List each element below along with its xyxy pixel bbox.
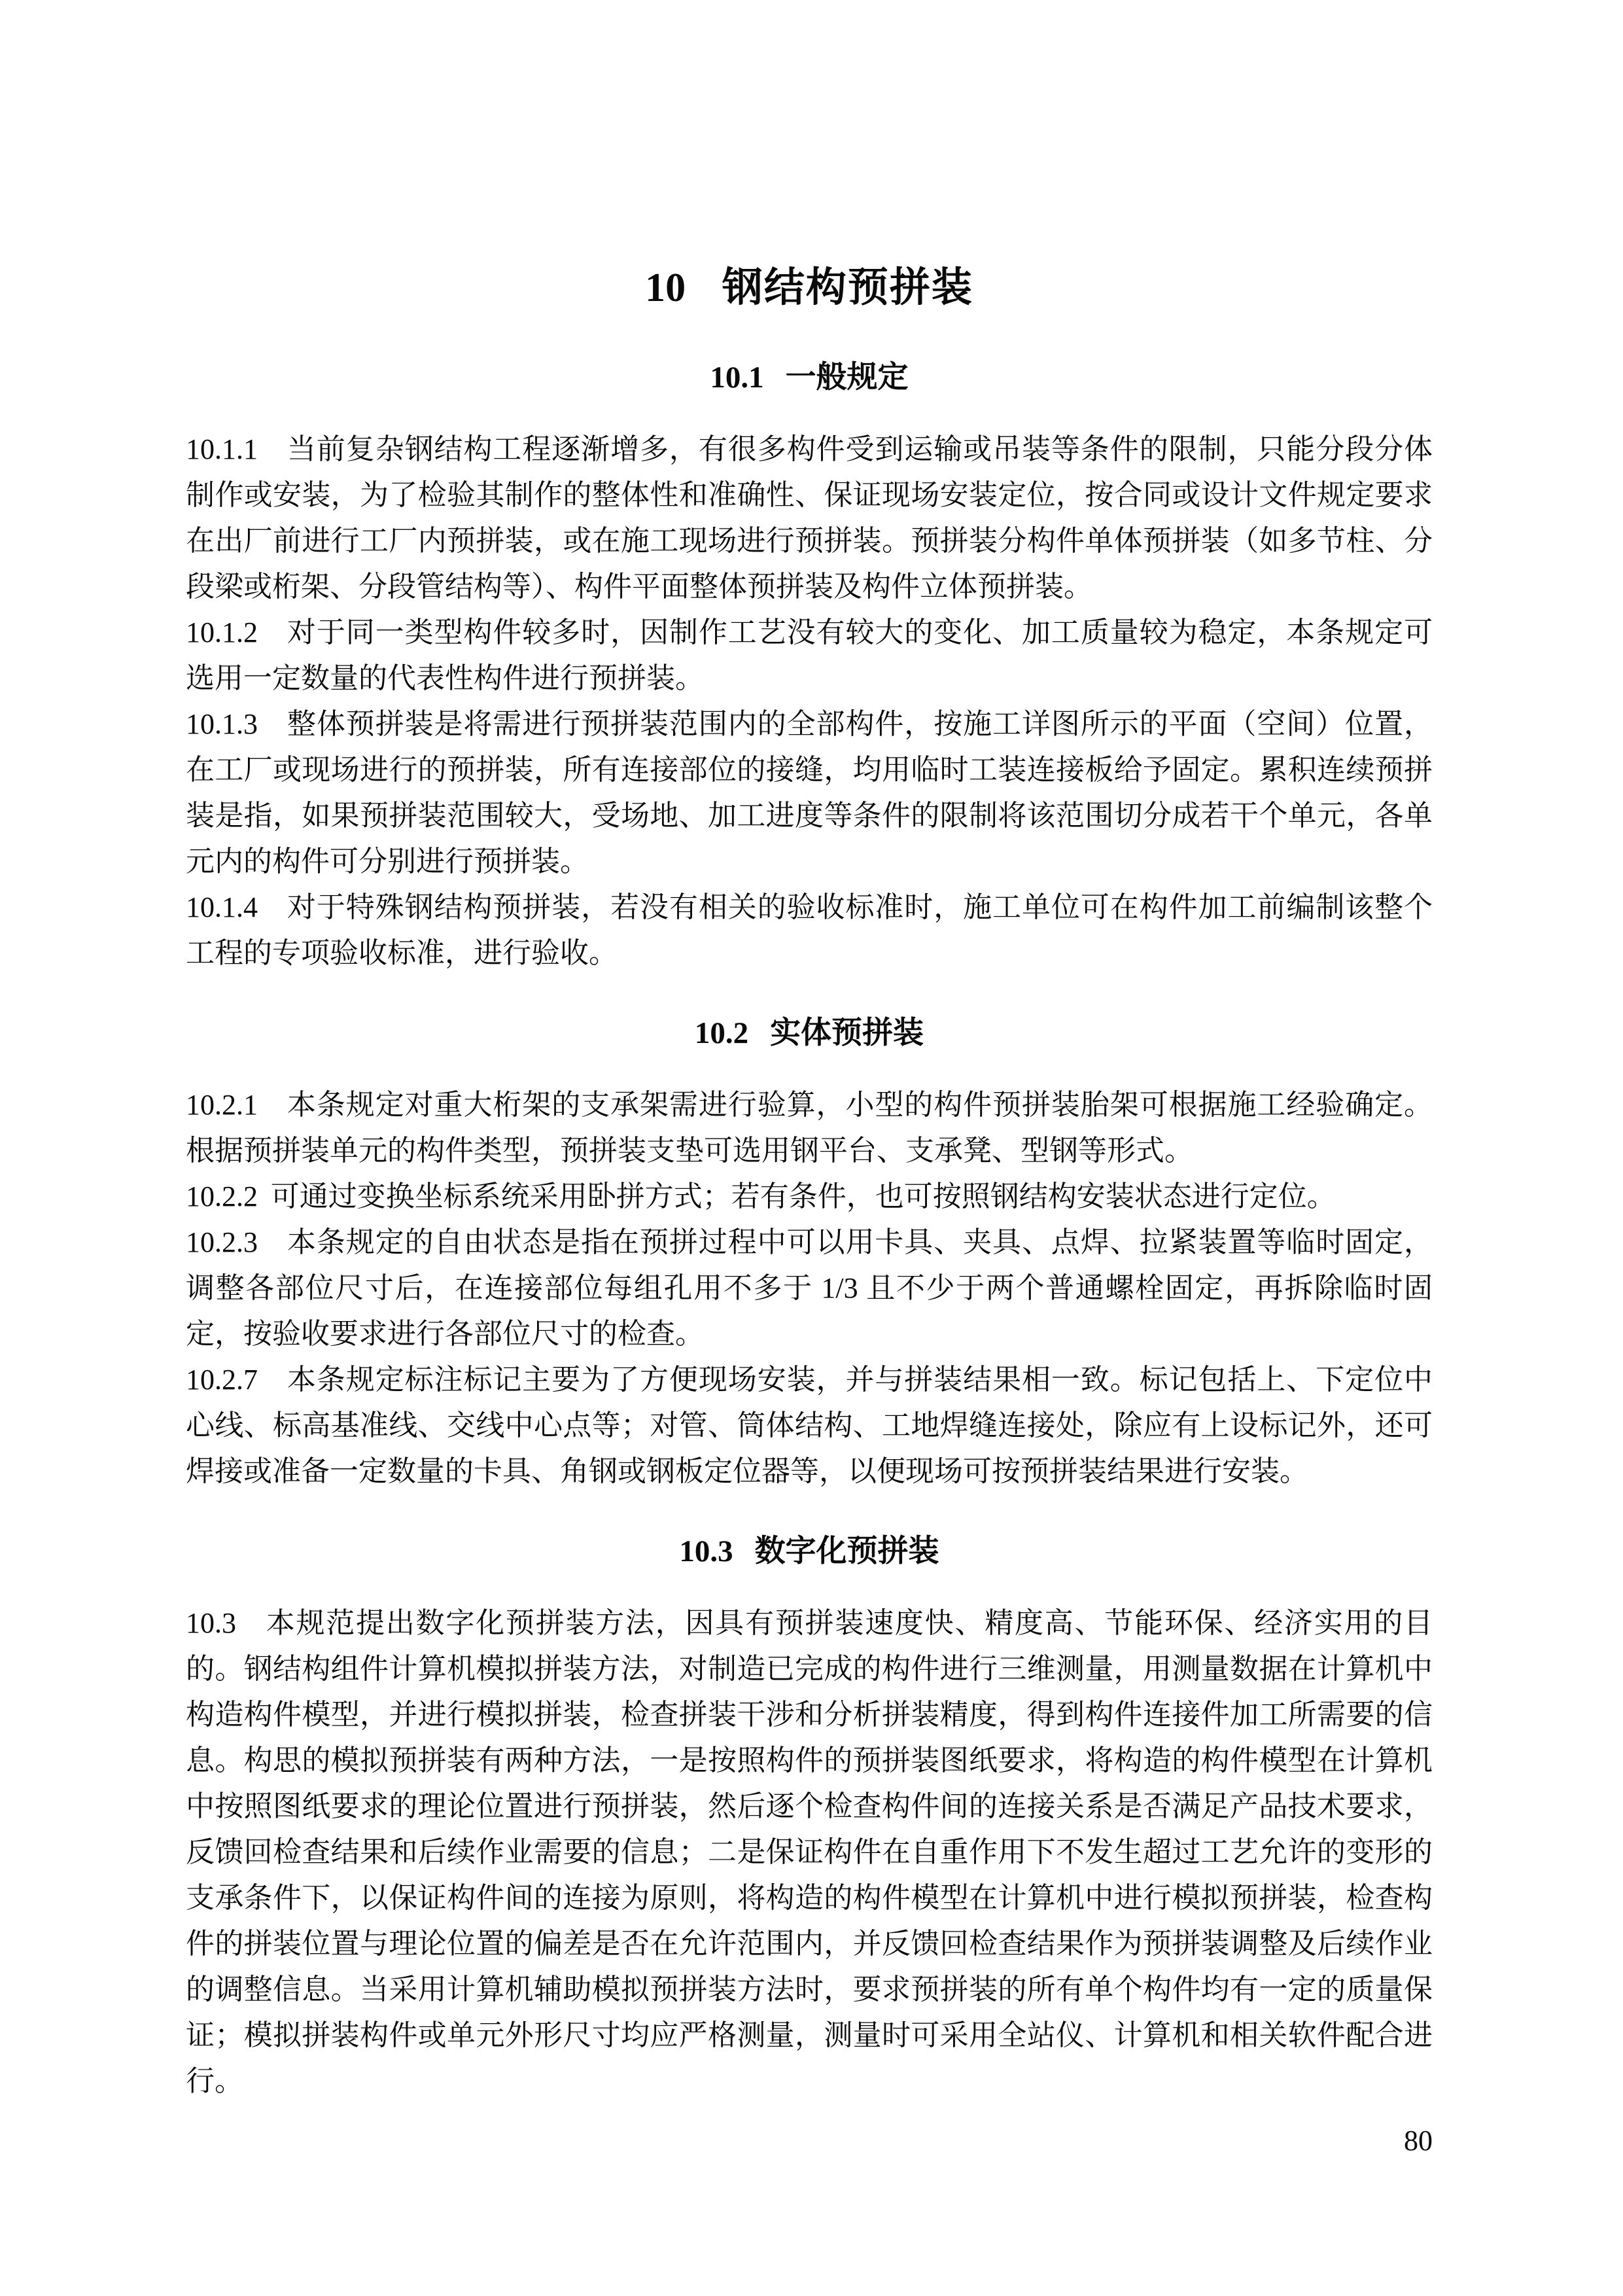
section-title-text: 实体预拼装 xyxy=(770,1016,924,1050)
chapter-title-text: 钢结构预拼装 xyxy=(722,266,973,310)
chapter-number: 10 xyxy=(645,266,686,310)
clause-10-1-1: 10.1.1当前复杂钢结构工程逐渐增多，有很多构件受到运输或吊装等条件的限制，只… xyxy=(186,427,1433,610)
clause-number: 10.2.7 xyxy=(186,1364,258,1396)
section-heading-10-1: 10.1一般规定 xyxy=(186,357,1433,398)
section-title-text: 数字化预拼装 xyxy=(755,1534,939,1568)
clause-number: 10.1.2 xyxy=(186,616,258,648)
clause-10-2-1: 10.2.1本条规定对重大桁架的支承架需进行验算，小型的构件预拼装胎架可根据施工… xyxy=(186,1082,1433,1174)
clause-number: 10.1.1 xyxy=(186,433,258,465)
chapter-title: 10钢结构预拼装 xyxy=(186,260,1433,315)
clause-text: 当前复杂钢结构工程逐渐增多，有很多构件受到运输或吊装等条件的限制，只能分段分体制… xyxy=(186,433,1433,603)
section-number: 10.1 xyxy=(710,361,763,395)
clause-text: 本条规定对重大桁架的支承架需进行验算，小型的构件预拼装胎架可根据施工经验确定。根… xyxy=(186,1089,1433,1167)
clause-text: 整体预拼装是将需进行预拼装范围内的全部构件，按施工详图所示的平面（空间）位置，在… xyxy=(186,708,1433,877)
clause-10-1-2: 10.1.2对于同一类型构件较多时，因制作工艺没有较大的变化、加工质量较为稳定，… xyxy=(186,610,1433,701)
clause-number: 10.2.3 xyxy=(186,1226,258,1258)
section-heading-10-3: 10.3数字化预拼装 xyxy=(186,1531,1433,1572)
clause-text: 本条规定标注标记主要为了方便现场安装，并与拼装结果相一致。标记包括上、下定位中心… xyxy=(186,1364,1433,1487)
clause-text: 本规范提出数字化预拼装方法，因具有预拼装速度快、精度高、节能环保、经济实用的目的… xyxy=(186,1607,1433,2097)
clause-10-2-7: 10.2.7本条规定标注标记主要为了方便现场安装，并与拼装结果相一致。标记包括上… xyxy=(186,1357,1433,1494)
clause-10-2-3: 10.2.3本条规定的自由状态是指在预拼过程中可以用卡具、夹具、点焊、拉紧装置等… xyxy=(186,1220,1433,1357)
section-number: 10.2 xyxy=(695,1016,748,1050)
section-heading-10-2: 10.2实体预拼装 xyxy=(186,1013,1433,1053)
clause-number: 10.2.1 xyxy=(186,1089,258,1121)
clause-text: 对于同一类型构件较多时，因制作工艺没有较大的变化、加工质量较为稳定，本条规定可选… xyxy=(186,616,1433,694)
clause-text: 可通过变换坐标系统采用卧拼方式；若有条件，也可按照钢结构安装状态进行定位。 xyxy=(271,1180,1336,1212)
clause-text: 本条规定的自由状态是指在预拼过程中可以用卡具、夹具、点焊、拉紧装置等临时固定，调… xyxy=(186,1226,1433,1350)
clause-10-1-3: 10.1.3整体预拼装是将需进行预拼装范围内的全部构件，按施工详图所示的平面（空… xyxy=(186,701,1433,885)
clause-number: 10.3 xyxy=(186,1607,236,1639)
clause-number: 10.1.3 xyxy=(186,708,258,740)
clause-10-1-4: 10.1.4对于特殊钢结构预拼装，若没有相关的验收标准时，施工单位可在构件加工前… xyxy=(186,885,1433,976)
clause-number: 10.1.4 xyxy=(186,891,258,923)
section-number: 10.3 xyxy=(679,1534,733,1568)
clause-10-2-2: 10.2.2可通过变换坐标系统采用卧拼方式；若有条件，也可按照钢结构安装状态进行… xyxy=(186,1174,1433,1220)
clause-10-3: 10.3本规范提出数字化预拼装方法，因具有预拼装速度快、精度高、节能环保、经济实… xyxy=(186,1600,1433,2104)
clause-number: 10.2.2 xyxy=(186,1180,258,1212)
page-number: 80 xyxy=(1404,2123,1433,2159)
clause-text: 对于特殊钢结构预拼装，若没有相关的验收标准时，施工单位可在构件加工前编制该整个工… xyxy=(186,891,1433,969)
document-content: 10钢结构预拼装 10.1一般规定 10.1.1当前复杂钢结构工程逐渐增多，有很… xyxy=(186,0,1433,2104)
section-title-text: 一般规定 xyxy=(786,361,909,395)
